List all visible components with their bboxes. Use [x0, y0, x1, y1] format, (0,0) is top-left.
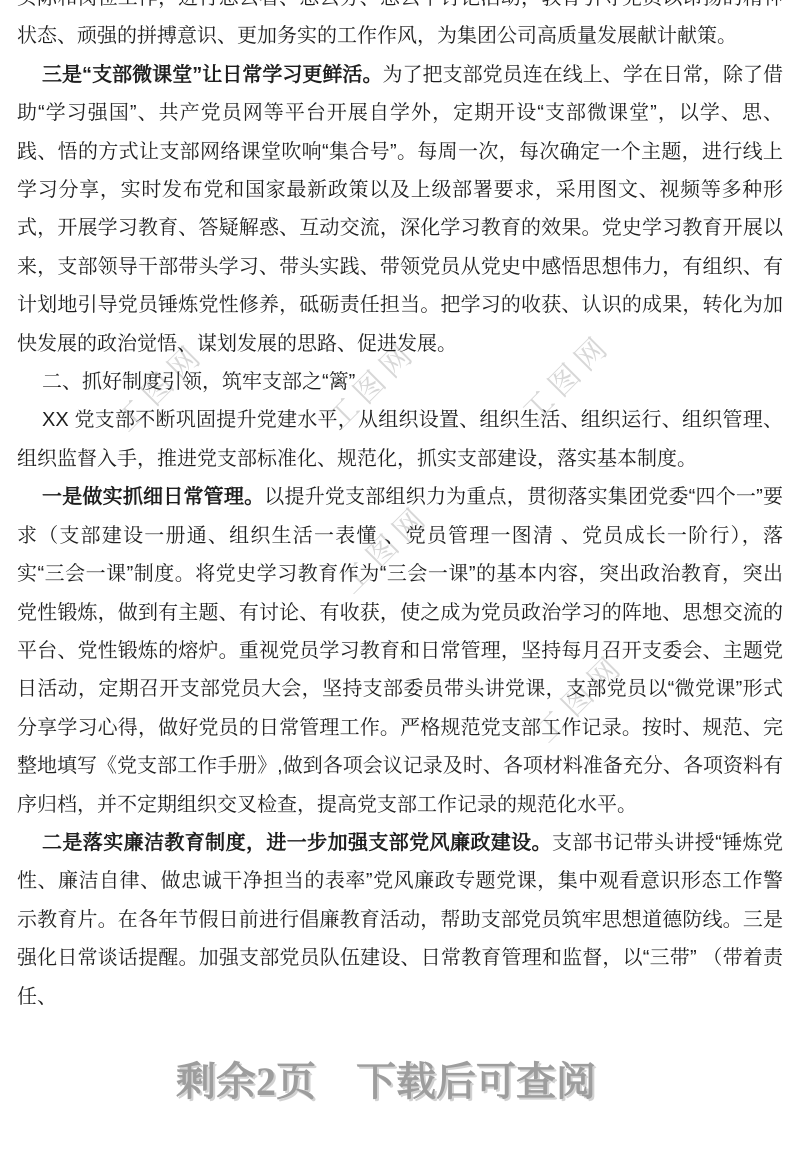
section-heading-text: 二、抓好制度引领，筑牢支部之“篱”: [42, 371, 355, 393]
paragraph-continuation: 实际和岗位工作，进行怎么看、怎么分、怎么干讨论活动，教育引导党员以昂扬的精神状态…: [17, 0, 783, 56]
section-heading: 二、抓好制度引领，筑牢支部之“篱”: [17, 363, 783, 401]
paragraph-bold-lead: 一是做实抓细日常管理。: [42, 486, 264, 508]
paragraph-text: 为了把支部党员连在线上、学在日常，除了借助“学习强国”、共产党员网等平台开展自学…: [17, 64, 783, 355]
paragraph-text: XX 党支部不断巩固提升党建水平，从组织设置、组织生活、组织运行、组织管理、组织…: [17, 409, 783, 469]
paragraph: 二是落实廉洁教育制度，进一步加强支部党风廉政建设。支部书记带头讲授“锤炼党性、廉…: [17, 824, 783, 1016]
remaining-pages-notice: 剩余2页下载后可查阅: [0, 1050, 786, 1107]
paragraph-bold-lead: 二是落实廉洁教育制度，进一步加强支部党风廉政建设。: [42, 832, 552, 854]
paragraph-text: 实际和岗位工作，进行怎么看、怎么分、怎么干讨论活动，教育引导党员以昂扬的精神状态…: [17, 0, 783, 47]
paragraph-bold-lead: 三是“支部微课堂”让日常学习更鲜活。: [42, 64, 383, 86]
paragraph-text: 以提升党支部组织力为重点，贯彻落实集团党委“四个一”要求（支部建设一册通、组织生…: [17, 486, 783, 815]
document-body: 实际和岗位工作，进行怎么看、怎么分、怎么干讨论活动，教育引导党员以昂扬的精神状态…: [17, 0, 783, 1016]
paragraph: 一是做实抓细日常管理。以提升党支部组织力为重点，贯彻落实集团党委“四个一”要求（…: [17, 478, 783, 824]
paragraph-text: 支部书记带头讲授“锤炼党性、廉洁自律、做忠诚干净担当的表率”党风廉政专题党课，集…: [17, 832, 783, 1008]
paragraph: 三是“支部微课堂”让日常学习更鲜活。为了把支部党员连在线上、学在日常，除了借助“…: [17, 56, 783, 363]
download-hint-text: 下载后可查阅: [356, 1059, 596, 1104]
document-page: 工图网 工图网 工图网 工图网 工图网 实际和岗位工作，进行怎么看、怎么分、怎么…: [0, 0, 800, 1158]
paragraph: XX 党支部不断巩固提升党建水平，从组织设置、组织生活、组织运行、组织管理、组织…: [17, 401, 783, 478]
remaining-pages-text: 剩余2页: [176, 1059, 316, 1104]
